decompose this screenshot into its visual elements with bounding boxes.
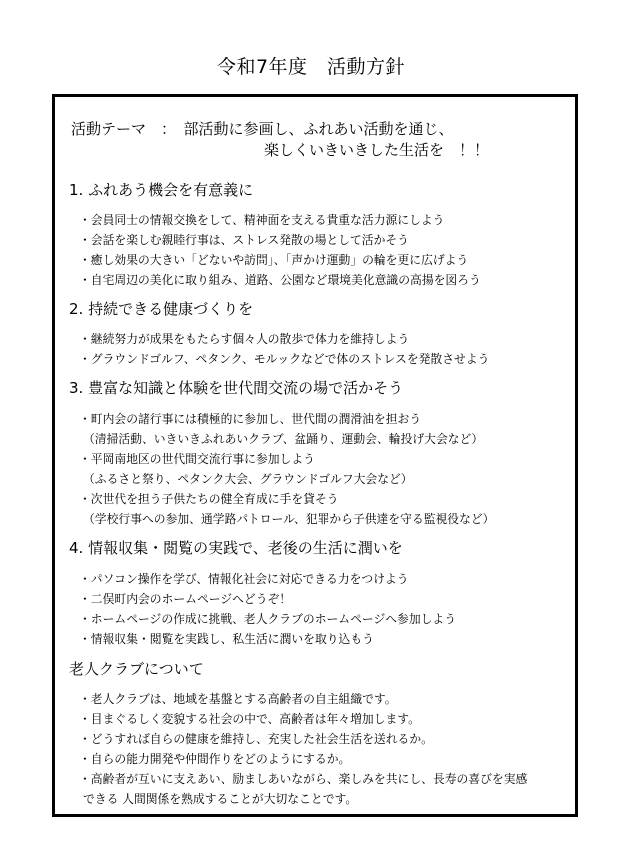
list-item: ・グラウンドゴルフ、ペタンク、モルックなどで体のストレスを発散させよう	[79, 349, 489, 369]
section-list-1: ・会員同士の情報交換をして、精神面を支える貴重な活力源にしよう ・会話を楽しむ親…	[79, 210, 481, 290]
list-item: ・会員同士の情報交換をして、精神面を支える貴重な活力源にしよう	[79, 210, 481, 230]
list-item: ・どうすれば自らの健康を維持し、充実した社会生活を送れるか。	[79, 729, 527, 749]
list-item: ・平岡南地区の世代間交流行事に参加しよう	[79, 449, 494, 469]
list-item: ・町内会の諸行事には積極的に参加し、世代間の潤滑油を担おう	[79, 409, 494, 429]
list-item-note: （ふるさと祭り、ペタンク大会、グラウンドゴルフ大会など）	[79, 469, 494, 489]
list-item: ・二俣町内会のホームページへどうぞ！	[79, 589, 456, 609]
theme-line-1: 活動テーマ ： 部活動に参画し、ふれあい活動を通じ、	[71, 119, 489, 140]
list-item: ・次世代を担う子供たちの健全育成に手を貸そう	[79, 489, 494, 509]
list-item: ・情報収集・閲覧を実践し、私生活に潤いを取り込もう	[79, 629, 456, 649]
section-list-2: ・継続努力が成果をもたらす個々人の散歩で体力を維持しよう ・グラウンドゴルフ、ペ…	[79, 329, 489, 369]
list-item: ・高齢者が互いに支えあい、励ましあいながら、楽しみを共にし、長寿の喜びを実感	[79, 769, 527, 789]
list-item-note: （清掃活動、いきいきふれあいクラブ、盆踊り、運動会、輪投げ大会など）	[79, 429, 494, 449]
page-title: 令和7年度 活動方針	[0, 52, 622, 79]
list-item: ・癒し効果の大きい「どないや訪問」、「声かけ運動」の輪を更に広げよう	[79, 250, 481, 270]
section-heading-2: 2. 持続できる健康づくりを	[69, 298, 253, 319]
list-item: ・継続努力が成果をもたらす個々人の散歩で体力を維持しよう	[79, 329, 489, 349]
theme-line-2: 楽しくいきいきした生活を ！！	[71, 140, 489, 161]
list-item: ・会話を楽しむ親睦行事は、ストレス発散の場として活かそう	[79, 230, 481, 250]
list-item: ・老人クラブは、地域を基盤とする高齢者の自主組織です。	[79, 689, 527, 709]
section-list-3: ・町内会の諸行事には積極的に参加し、世代間の潤滑油を担おう （清掃活動、いきいき…	[79, 409, 494, 529]
section-heading-4: 4. 情報収集・閲覧の実践で、老後の生活に潤いを	[69, 537, 403, 558]
list-item: ・自らの能力開発や仲間作りをどのようにするか。	[79, 749, 527, 769]
list-item: ・目まぐるしく変貌する社会の中で、高齢者は年々増加します。	[79, 709, 527, 729]
policy-box: 活動テーマ ： 部活動に参画し、ふれあい活動を通じ、 楽しくいきいきした生活を …	[52, 94, 578, 817]
list-item-note: （学校行事への参加、通学路パトロール、犯罪から子供達を守る監視役など）	[79, 509, 494, 529]
section-heading-about: 老人クラブについて	[69, 658, 204, 679]
section-list-4: ・パソコン操作を学び、情報化社会に対応できる力をつけよう ・二俣町内会のホームペ…	[79, 569, 456, 649]
activity-theme: 活動テーマ ： 部活動に参画し、ふれあい活動を通じ、 楽しくいきいきした生活を …	[71, 119, 489, 161]
section-heading-3: 3. 豊富な知識と体験を世代間交流の場で活かそう	[69, 377, 403, 398]
list-item: ・ホームページの作成に挑戦、老人クラブのホームページへ参加しよう	[79, 609, 456, 629]
section-list-about: ・老人クラブは、地域を基盤とする高齢者の自主組織です。 ・目まぐるしく変貌する社…	[79, 689, 527, 809]
list-item-continuation: できる 人間関係を熟成することが大切なことです。	[79, 789, 527, 809]
list-item: ・パソコン操作を学び、情報化社会に対応できる力をつけよう	[79, 569, 456, 589]
list-item: ・自宅周辺の美化に取り組み、道路、公園など環境美化意識の高揚を図ろう	[79, 270, 481, 290]
section-heading-1: 1. ふれあう機会を有意義に	[69, 179, 253, 200]
